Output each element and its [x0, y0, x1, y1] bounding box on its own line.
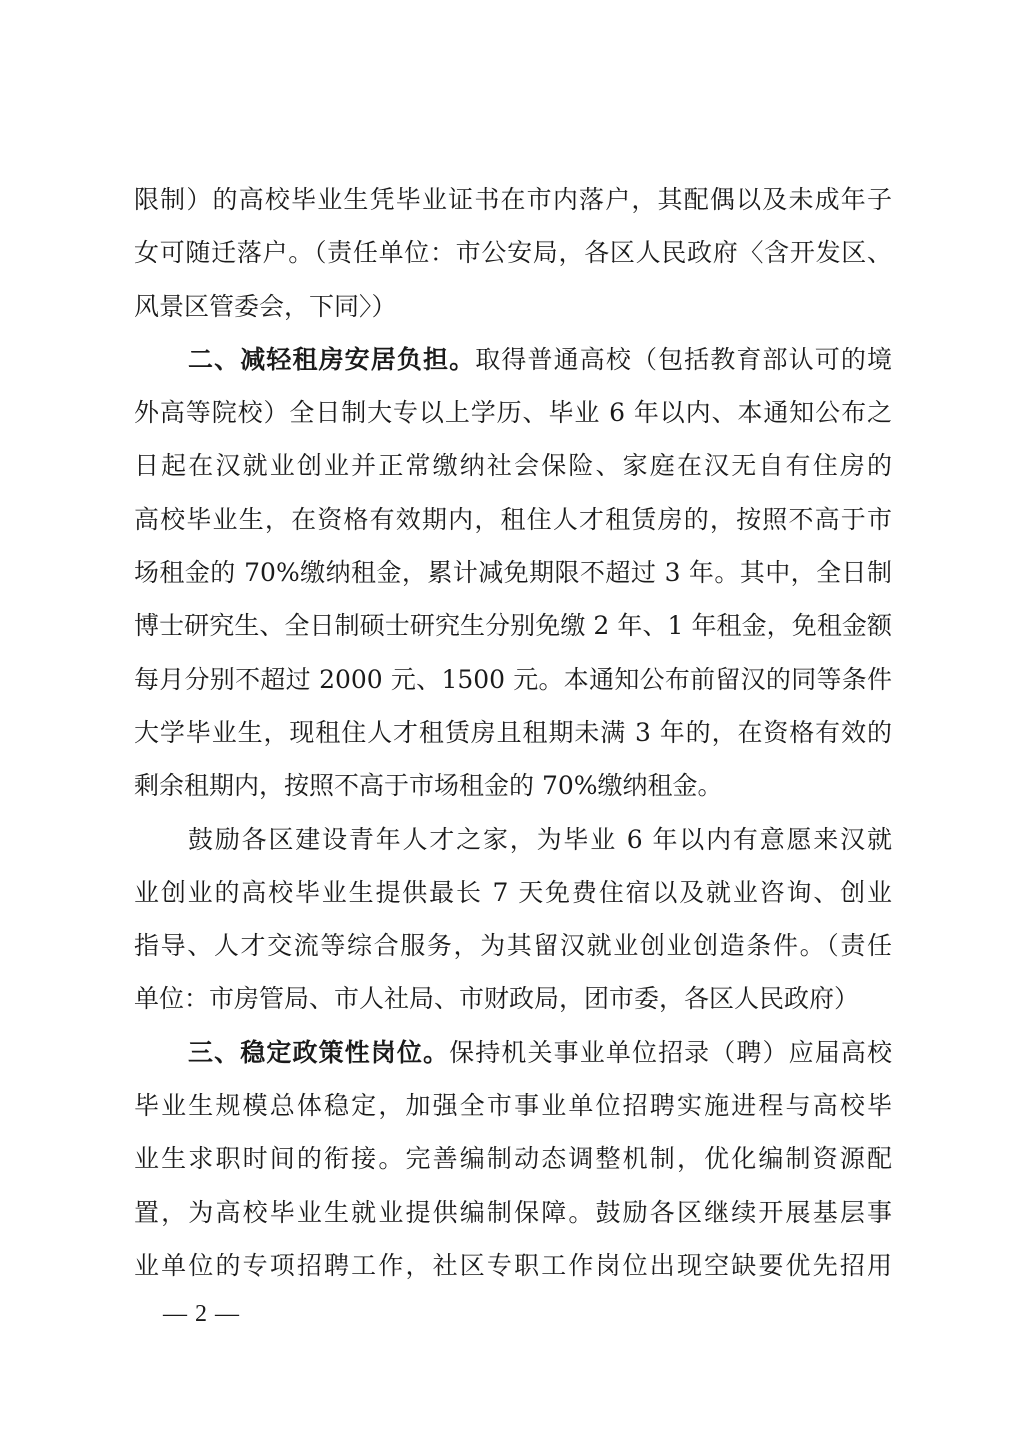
paragraph-line: 置，为高校毕业生就业提供编制保障。鼓励各区继续开展基层事: [134, 1186, 892, 1239]
paragraph-line: 限制）的高校毕业生凭毕业证书在市内落户，其配偶以及未成年子: [134, 173, 892, 226]
paragraph-line: 大学毕业生，现租住人才租赁房且租期未满 3 年的，在资格有效的: [134, 706, 892, 759]
section-heading: 三、稳定政策性岗位。: [188, 1038, 449, 1067]
section-heading-line: 三、稳定政策性岗位。保持机关事业单位招录（聘）应届高校: [134, 1026, 892, 1079]
paragraph-line: 高校毕业生，在资格有效期内，租住人才租赁房的，按照不高于市: [134, 493, 892, 546]
paragraph-line: 外高等院校）全日制大专以上学历、毕业 6 年以内、本通知公布之: [134, 386, 892, 439]
document-body: 限制）的高校毕业生凭毕业证书在市内落户，其配偶以及未成年子 女可随迁落户。（责任…: [134, 173, 892, 1292]
paragraph-line: 业创业的高校毕业生提供最长 7 天免费住宿以及就业咨询、创业: [134, 866, 892, 919]
paragraph-text: 保持机关事业单位招录（聘）应届高校: [449, 1038, 892, 1067]
paragraph-line: 风景区管委会，下同〉）: [134, 280, 892, 333]
paragraph-line: 日起在汉就业创业并正常缴纳社会保险、家庭在汉无自有住房的: [134, 439, 892, 492]
paragraph-line: 场租金的 70%缴纳租金，累计减免期限不超过 3 年。其中，全日制: [134, 546, 892, 599]
paragraph-line: 单位：市房管局、市人社局、市财政局，团市委，各区人民政府）: [134, 972, 892, 1025]
paragraph-line: 鼓励各区建设青年人才之家，为毕业 6 年以内有意愿来汉就: [134, 813, 892, 866]
document-page: 限制）的高校毕业生凭毕业证书在市内落户，其配偶以及未成年子 女可随迁落户。（责任…: [0, 0, 1024, 1453]
paragraph-line: 博士研究生、全日制硕士研究生分别免缴 2 年、1 年租金，免租金额: [134, 599, 892, 652]
section-heading-line: 二、减轻租房安居负担。取得普通高校（包括教育部认可的境: [134, 333, 892, 386]
page-number: — 2 —: [163, 1297, 240, 1331]
paragraph-line: 毕业生规模总体稳定，加强全市事业单位招聘实施进程与高校毕: [134, 1079, 892, 1132]
paragraph-line: 女可随迁落户。（责任单位：市公安局，各区人民政府〈含开发区、: [134, 226, 892, 279]
paragraph-line: 剩余租期内，按照不高于市场租金的 70%缴纳租金。: [134, 759, 892, 812]
paragraph-line: 每月分别不超过 2000 元、1500 元。本通知公布前留汉的同等条件: [134, 653, 892, 706]
paragraph-line: 指导、人才交流等综合服务，为其留汉就业创业创造条件。（责任: [134, 919, 892, 972]
paragraph-line: 业生求职时间的衔接。完善编制动态调整机制，优化编制资源配: [134, 1132, 892, 1185]
paragraph-line: 业单位的专项招聘工作，社区专职工作岗位出现空缺要优先招用: [134, 1239, 892, 1292]
paragraph-text: 取得普通高校（包括教育部认可的境: [475, 345, 892, 374]
section-heading: 二、减轻租房安居负担。: [188, 345, 475, 374]
